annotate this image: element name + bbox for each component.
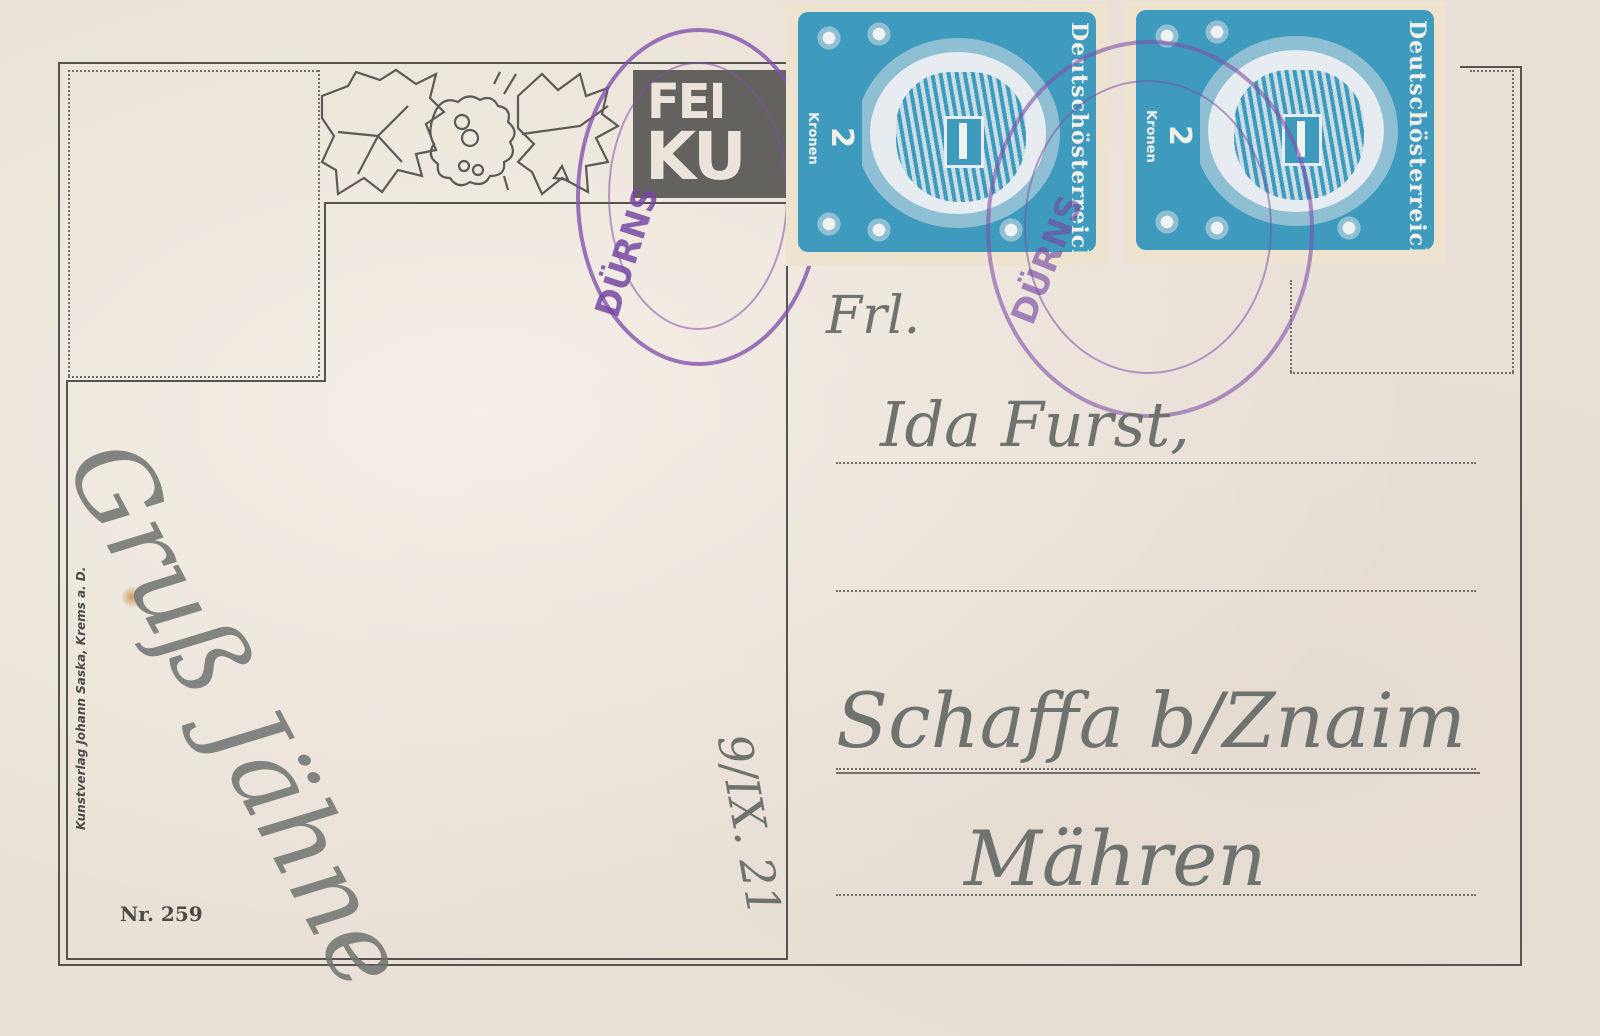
dotted-box-top bbox=[68, 70, 318, 72]
publisher-imprint: Kunstverlag Johann Saska, Krems a. D. bbox=[74, 567, 88, 830]
stamp-currency: Kronen bbox=[800, 78, 820, 198]
panel-bottom bbox=[66, 958, 788, 960]
address-line-3 bbox=[836, 768, 1476, 770]
frame-top-right bbox=[1460, 66, 1522, 68]
panel-step-horizontal bbox=[66, 380, 326, 382]
handwritten-greeting: Gruß Jähne bbox=[42, 420, 432, 1008]
frame-right bbox=[1520, 66, 1522, 966]
stamp-box-right bbox=[1512, 70, 1514, 372]
frame-top-left bbox=[60, 62, 322, 64]
address-line-2 bbox=[836, 590, 1476, 592]
stamp-country: Deutschösterreich bbox=[1400, 20, 1430, 244]
panel-step-vertical bbox=[324, 202, 326, 382]
postmark-right bbox=[986, 40, 1314, 418]
address-name: Ida Furst, bbox=[880, 388, 1190, 461]
stamp-box-top bbox=[1470, 70, 1514, 72]
stamp-value: 2 bbox=[824, 127, 859, 148]
frame-left bbox=[58, 62, 60, 966]
address-region: Mähren bbox=[964, 814, 1266, 903]
address-line-1 bbox=[836, 462, 1476, 464]
address-town: Schaffa b/Znaim bbox=[836, 676, 1466, 765]
dotted-box-bottom bbox=[68, 376, 318, 378]
stamp-box-bottom bbox=[1290, 372, 1514, 374]
dotted-box-left bbox=[68, 70, 70, 376]
handwritten-date: 9/IX. 21 bbox=[707, 730, 792, 920]
address-underline bbox=[836, 772, 1480, 774]
frame-bottom bbox=[58, 964, 1522, 966]
shield-icon bbox=[944, 116, 984, 168]
address-salutation: Frl. bbox=[826, 286, 920, 346]
card-number: Nr. 259 bbox=[120, 902, 203, 926]
postcard: FEI KU DÜRNS 2 Kronen Deutschösterreich bbox=[0, 0, 1600, 1036]
